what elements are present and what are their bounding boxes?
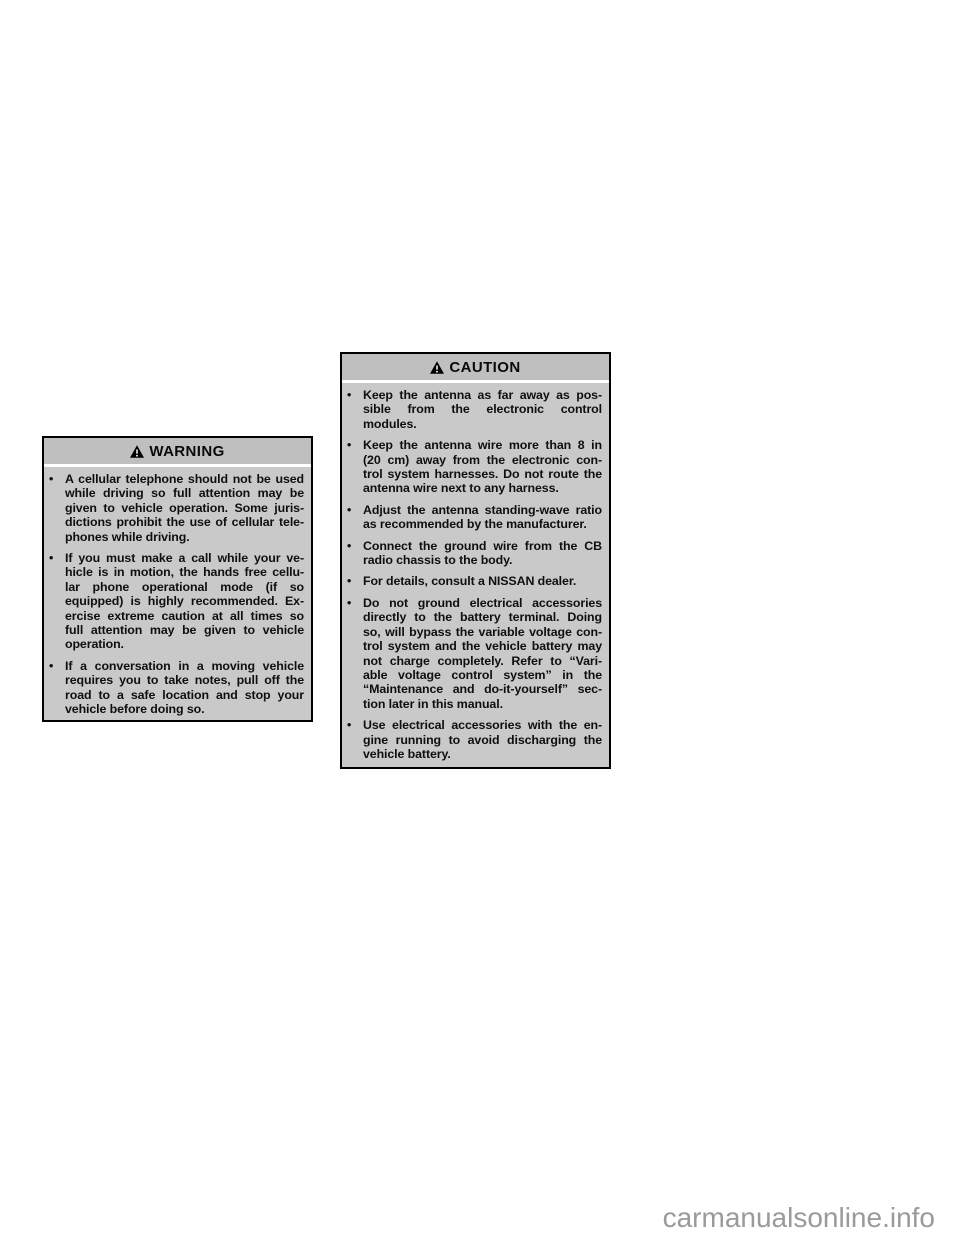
bullet-line: radio chassis to the body. bbox=[363, 553, 602, 567]
bullet-line: vehicle before doing so. bbox=[65, 702, 304, 716]
bullet-line: sible from the electronic control bbox=[363, 402, 602, 416]
manual-page: WARNING •A cellular telephone should not… bbox=[0, 0, 960, 1242]
bullet-line: If you must make a call while your ve- bbox=[65, 551, 304, 565]
caution-box-body: •Keep the antenna as far away as pos-sib… bbox=[342, 383, 609, 765]
bullet-line: dictions prohibit the use of cellular te… bbox=[65, 515, 304, 529]
bullet-line: Keep the antenna as far away as pos- bbox=[363, 388, 602, 402]
bullet-text: Keep the antenna wire more than 8 in(20 … bbox=[363, 438, 602, 496]
caution-box: CAUTION •Keep the antenna as far away as… bbox=[340, 352, 611, 769]
bullet-line: directly to the battery terminal. Doing bbox=[363, 610, 602, 624]
bullet-line: requires you to take notes, pull off the bbox=[65, 673, 304, 687]
bullet-marker: • bbox=[49, 472, 65, 544]
bullet-item: •Adjust the antenna standing-wave ratioa… bbox=[347, 503, 602, 532]
caution-box-header: CAUTION bbox=[342, 354, 609, 383]
warning-triangle-icon bbox=[130, 445, 144, 458]
bullet-line: phones while driving. bbox=[65, 530, 304, 544]
bullet-line: while driving so full attention may be bbox=[65, 486, 304, 500]
bullet-line: “Maintenance and do-it-yourself” sec- bbox=[363, 682, 602, 696]
bullet-line: ercise extreme caution at all times so bbox=[65, 609, 304, 623]
bullet-line: Use electrical accessories with the en- bbox=[363, 718, 602, 732]
bullet-text: Do not ground electrical accessoriesdire… bbox=[363, 596, 602, 711]
bullet-item: •If a conversation in a moving vehiclere… bbox=[49, 659, 304, 717]
bullet-marker: • bbox=[347, 539, 363, 568]
bullet-item: •For details, consult a NISSAN dealer. bbox=[347, 574, 602, 588]
bullet-line: given to vehicle operation. Some juris- bbox=[65, 501, 304, 515]
bullet-line: as recommended by the manufacturer. bbox=[363, 517, 602, 531]
bullet-line: Adjust the antenna standing-wave ratio bbox=[363, 503, 602, 517]
bullet-line: modules. bbox=[363, 417, 602, 431]
bullet-marker: • bbox=[347, 574, 363, 588]
bullet-text: Adjust the antenna standing-wave ratioas… bbox=[363, 503, 602, 532]
bullet-marker: • bbox=[347, 388, 363, 431]
bullet-line: Keep the antenna wire more than 8 in bbox=[363, 438, 602, 452]
bullet-item: •Do not ground electrical accessoriesdir… bbox=[347, 596, 602, 711]
bullet-line: trol system and the vehicle battery may bbox=[363, 639, 602, 653]
bullet-line: tion later in this manual. bbox=[363, 697, 602, 711]
bullet-text: For details, consult a NISSAN dealer. bbox=[363, 574, 602, 588]
caution-box-title: CAUTION bbox=[449, 359, 520, 376]
bullet-item: •Use electrical accessories with the en-… bbox=[347, 718, 602, 761]
bullet-item: •Connect the ground wire from the CBradi… bbox=[347, 539, 602, 568]
warning-box-body: •A cellular telephone should not be used… bbox=[44, 467, 311, 721]
bullet-line: road to a safe location and stop your bbox=[65, 688, 304, 702]
bullet-marker: • bbox=[347, 503, 363, 532]
caution-triangle-icon bbox=[430, 361, 444, 374]
bullet-line: able voltage control system” in the bbox=[363, 668, 602, 682]
warning-box-header: WARNING bbox=[44, 438, 311, 467]
bullet-marker: • bbox=[347, 596, 363, 711]
bullet-line: Do not ground electrical accessories bbox=[363, 596, 602, 610]
bullet-line: so, will bypass the variable voltage con… bbox=[363, 625, 602, 639]
bullet-line: not charge completely. Refer to “Vari- bbox=[363, 654, 602, 668]
bullet-marker: • bbox=[49, 659, 65, 717]
bullet-line: operation. bbox=[65, 637, 304, 651]
bullet-text: If a conversation in a moving vehiclereq… bbox=[65, 659, 304, 717]
bullet-item: •Keep the antenna wire more than 8 in(20… bbox=[347, 438, 602, 496]
bullet-text: Keep the antenna as far away as pos-sibl… bbox=[363, 388, 602, 431]
bullet-item: •A cellular telephone should not be used… bbox=[49, 472, 304, 544]
warning-box: WARNING •A cellular telephone should not… bbox=[42, 436, 313, 722]
bullet-line: Connect the ground wire from the CB bbox=[363, 539, 602, 553]
bullet-line: trol system harnesses. Do not route the bbox=[363, 467, 602, 481]
bullet-text: If you must make a call while your ve-hi… bbox=[65, 551, 304, 652]
bullet-text: Use electrical accessories with the en-g… bbox=[363, 718, 602, 761]
bullet-marker: • bbox=[347, 718, 363, 761]
bullet-line: equipped) is highly recommended. Ex- bbox=[65, 594, 304, 608]
bullet-item: •If you must make a call while your ve-h… bbox=[49, 551, 304, 652]
bullet-line: lar phone operational mode (if so bbox=[65, 580, 304, 594]
bullet-text: Connect the ground wire from the CBradio… bbox=[363, 539, 602, 568]
bullet-line: If a conversation in a moving vehicle bbox=[65, 659, 304, 673]
bullet-marker: • bbox=[347, 438, 363, 496]
bullet-item: •Keep the antenna as far away as pos-sib… bbox=[347, 388, 602, 431]
bullet-text: A cellular telephone should not be usedw… bbox=[65, 472, 304, 544]
bullet-line: antenna wire next to any harness. bbox=[363, 481, 602, 495]
bullet-line: vehicle battery. bbox=[363, 747, 602, 761]
warning-box-title: WARNING bbox=[149, 443, 224, 460]
bullet-line: full attention may be given to vehicle bbox=[65, 623, 304, 637]
bullet-line: (20 cm) away from the electronic con- bbox=[363, 453, 602, 467]
bullet-line: A cellular telephone should not be used bbox=[65, 472, 304, 486]
watermark: carmanualsonline.info bbox=[663, 1202, 935, 1234]
bullet-line: For details, consult a NISSAN dealer. bbox=[363, 574, 602, 588]
bullet-line: gine running to avoid discharging the bbox=[363, 733, 602, 747]
bullet-line: hicle is in motion, the hands free cellu… bbox=[65, 565, 304, 579]
bullet-marker: • bbox=[49, 551, 65, 652]
